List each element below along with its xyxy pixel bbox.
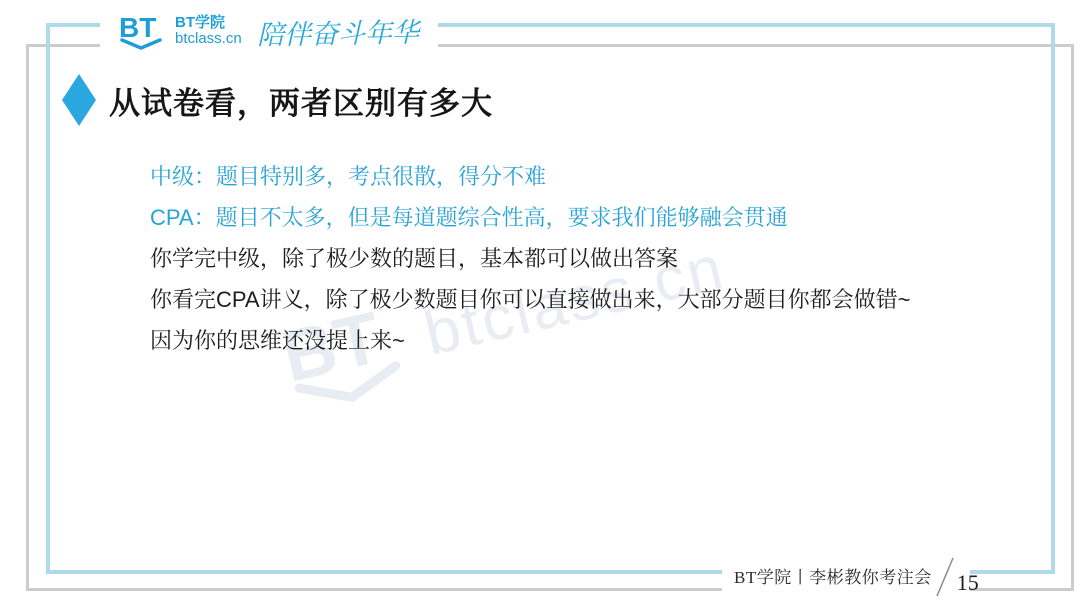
content-line-5: 因为你的思维还没提上来~ — [150, 320, 910, 361]
logo-text: BT学院 btclass.cn — [175, 15, 242, 48]
footer-credit: BT学院丨李彬教你考注会 — [734, 563, 932, 588]
brand-name: BT学院 — [175, 15, 242, 32]
content: 中级：题目特别多，考点很散，得分不难 CPA：题目不太多，但是每道题综合性高，要… — [150, 156, 910, 361]
content-line-cpa: CPA：题目不太多，但是每道题综合性高，要求我们能够融会贯通 — [150, 197, 910, 238]
bt-logo-icon: BT — [118, 10, 164, 52]
content-line-zhongji: 中级：题目特别多，考点很散，得分不难 — [150, 156, 910, 197]
footer: BT学院丨李彬教你考注会 15 — [722, 552, 970, 602]
slash-divider-icon — [934, 556, 956, 598]
title-row: 从试卷看，两者区别有多大 — [62, 74, 493, 126]
slide: BT btclass.cn BT BT学院 btclass.cn 陪伴奋斗年华 … — [0, 0, 1080, 603]
brand-domain: btclass.cn — [175, 31, 242, 48]
content-line-3: 你学完中级，除了极少数的题目，基本都可以做出答案 — [150, 238, 910, 279]
content-line-4: 你看完CPA讲义，除了极少数题目你可以直接做出来，大部分题目你都会做错~ — [150, 279, 910, 320]
page-number: 15 — [957, 570, 979, 596]
header-brand: BT BT学院 btclass.cn 陪伴奋斗年华 — [100, 5, 438, 57]
brand-slogan: 陪伴奋斗年华 — [256, 10, 419, 52]
svg-text:BT: BT — [119, 12, 156, 43]
page-title: 从试卷看，两者区别有多大 — [109, 78, 493, 123]
diamond-bullet-icon — [62, 74, 96, 126]
